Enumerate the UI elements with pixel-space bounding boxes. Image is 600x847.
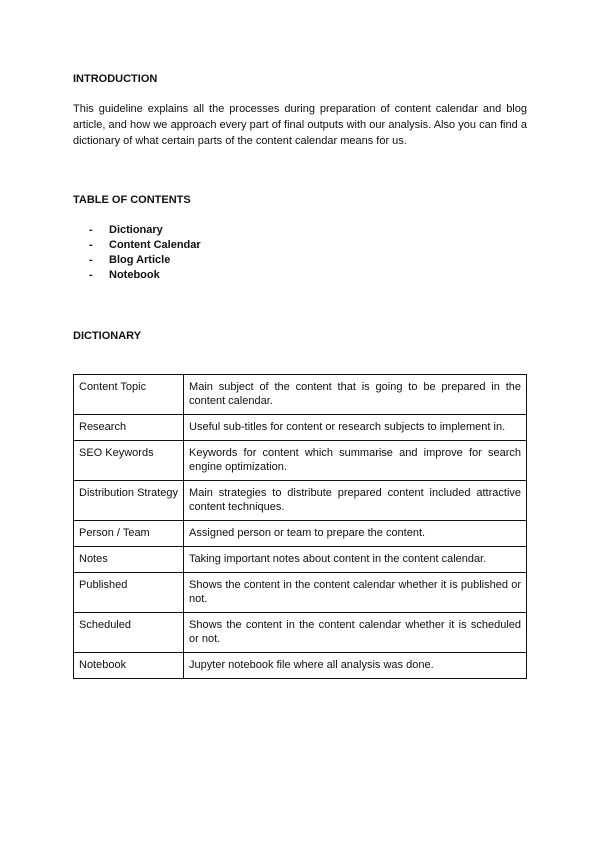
toc-bullet: - xyxy=(89,268,109,283)
table-row: Content TopicMain subject of the content… xyxy=(74,375,527,415)
table-row: SEO KeywordsKeywords for content which s… xyxy=(74,441,527,481)
term-cell: Person / Team xyxy=(74,521,184,547)
toc-item-dictionary[interactable]: -Dictionary xyxy=(89,223,201,238)
table-row: PublishedShows the content in the conten… xyxy=(74,573,527,613)
definition-cell: Jupyter notebook file where all analysis… xyxy=(184,653,527,679)
toc-item-label: Blog Article xyxy=(109,253,170,268)
table-row: ScheduledShows the content in the conten… xyxy=(74,613,527,653)
toc-list: -Dictionary -Content Calendar -Blog Arti… xyxy=(89,223,201,283)
toc-item-label: Notebook xyxy=(109,268,160,283)
definition-cell: Useful sub-titles for content or researc… xyxy=(184,415,527,441)
introduction-heading: INTRODUCTION xyxy=(73,73,157,85)
toc-item-label: Dictionary xyxy=(109,223,163,238)
toc-item-notebook[interactable]: -Notebook xyxy=(89,268,201,283)
definition-cell: Shows the content in the content calenda… xyxy=(184,613,527,653)
term-cell: Content Topic xyxy=(74,375,184,415)
definition-cell: Main subject of the content that is goin… xyxy=(184,375,527,415)
definition-cell: Keywords for content which summarise and… xyxy=(184,441,527,481)
introduction-paragraph: This guideline explains all the processe… xyxy=(73,101,527,149)
toc-item-content-calendar[interactable]: -Content Calendar xyxy=(89,238,201,253)
dictionary-heading: DICTIONARY xyxy=(73,330,141,342)
toc-bullet: - xyxy=(89,253,109,268)
table-row: Distribution StrategyMain strategies to … xyxy=(74,481,527,521)
table-row: Person / TeamAssigned person or team to … xyxy=(74,521,527,547)
dictionary-table: Content TopicMain subject of the content… xyxy=(73,374,527,679)
term-cell: Scheduled xyxy=(74,613,184,653)
term-cell: SEO Keywords xyxy=(74,441,184,481)
term-cell: Notebook xyxy=(74,653,184,679)
term-cell: Research xyxy=(74,415,184,441)
table-row: NotebookJupyter notebook file where all … xyxy=(74,653,527,679)
toc-item-blog-article[interactable]: -Blog Article xyxy=(89,253,201,268)
definition-cell: Main strategies to distribute prepared c… xyxy=(184,481,527,521)
term-cell: Notes xyxy=(74,547,184,573)
definition-cell: Taking important notes about content in … xyxy=(184,547,527,573)
table-row: NotesTaking important notes about conten… xyxy=(74,547,527,573)
toc-bullet: - xyxy=(89,238,109,253)
definition-cell: Shows the content in the content calenda… xyxy=(184,573,527,613)
toc-heading: TABLE OF CONTENTS xyxy=(73,194,191,206)
toc-bullet: - xyxy=(89,223,109,238)
table-row: ResearchUseful sub-titles for content or… xyxy=(74,415,527,441)
term-cell: Published xyxy=(74,573,184,613)
definition-cell: Assigned person or team to prepare the c… xyxy=(184,521,527,547)
term-cell: Distribution Strategy xyxy=(74,481,184,521)
toc-item-label: Content Calendar xyxy=(109,238,201,253)
